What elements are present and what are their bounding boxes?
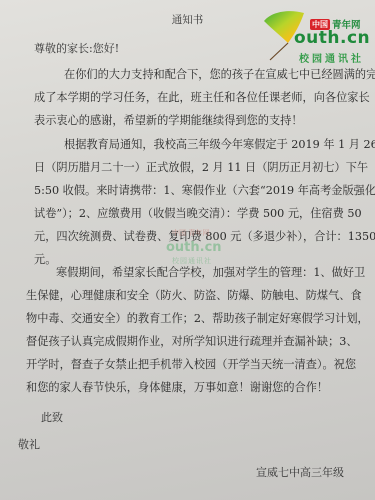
logo-url: outh.cn [294, 28, 370, 48]
paragraph-schedule-fees: 根据教育局通知，我校高三年级今年寒假定于 2019 年 1 月 26 日（阴历腊… [34, 133, 344, 271]
paragraph-line: 寒假期间，希望家长配合学校，加强对学生的管理：1、做好卫 [26, 261, 336, 284]
paragraph-holiday-guidance: 寒假期间，希望家长配合学校，加强对学生的管理：1、做好卫 生保健，心理健康和安全… [26, 261, 336, 399]
paragraph-thanks: 在你们的大力支持和配合下，您的孩子在宣威七中已经圆满的完 成了本学期的学习任务，… [34, 63, 344, 132]
paragraph-line: 元，四次统测费、试卷费、复印费 800 元（多退少补），合计：1350 [34, 225, 344, 248]
paragraph-line: 根据教育局通知，我校高三年级今年寒假定于 2019 年 1 月 26 [34, 133, 344, 156]
paragraph-line: 表示衷心的感谢，希望新的学期能继续得到您的支持！ [34, 109, 344, 132]
paragraph-line: 日（阴历腊月二十一）正式放假，2 月 11 日（阴历正月初七）下午 [34, 156, 344, 179]
youth-cn-logo: 中国 青年网 outh.cn 校园通讯社 [258, 4, 373, 66]
closing-salutation: 此致 [41, 409, 63, 425]
greeting: 尊敬的家长:您好! [34, 40, 119, 56]
paragraph-line: 开学时，督查子女禁止把手机带入校园（开学当天统一清查）。祝您 [26, 353, 336, 376]
paragraph-line: 生保健，心理健康和安全（防火、防盗、防爆、防触电、防煤气、食 [26, 284, 336, 307]
paragraph-line: 在你们的大力支持和配合下，您的孩子在宣威七中已经圆满的完 [34, 63, 344, 86]
notice-letter: 通知书 中国 青年网 outh.cn 校园通讯社 尊敬的家长:您好! 在你们的大… [0, 0, 375, 500]
signature: 宣威七中高三年级 [256, 464, 344, 480]
paragraph-line: 成了本学期的学习任务，在此，班主任和各位任课老师，向各位家长 [34, 86, 344, 109]
paragraph-line: 5:50 收假。来时请携带：1、寒假作业（六套“2019 年高考金版强化 [34, 179, 344, 202]
paragraph-line: 物中毒、交通安全）的教育工作；2、帮助孩子制定好寒假学习计划， [26, 307, 336, 330]
closing-regards: 敬礼 [18, 436, 40, 452]
paragraph-line: 督促孩子认真完成假期作业，对所学知识进行疏理并查漏补缺；3、 [26, 330, 336, 353]
paragraph-line: 和您的家人春节快乐，身体健康，万事如意！谢谢您的合作！ [26, 376, 336, 399]
paragraph-line: 试卷”）；2、应缴费用（收假当晚交清）：学费 500 元，住宿费 50 [34, 202, 344, 225]
